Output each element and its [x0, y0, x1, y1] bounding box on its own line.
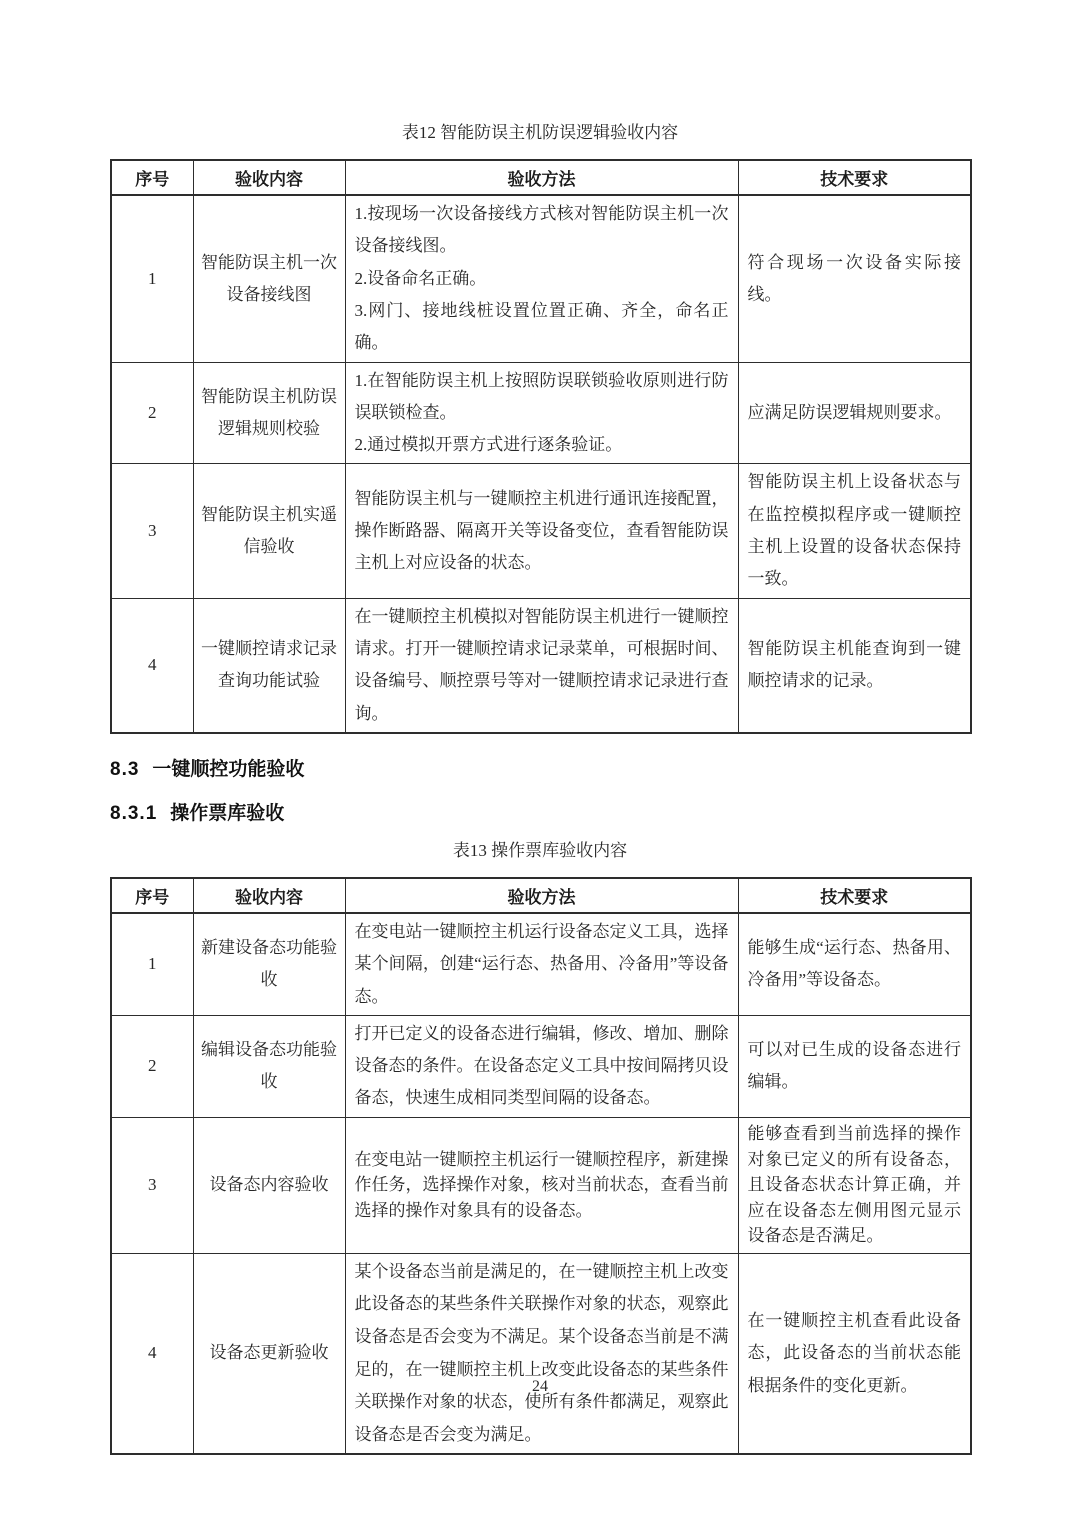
table13-acceptance-table: 序号验收内容验收方法技术要求1新建设备态功能验收在变电站一键顺控主机运行设备态定…	[110, 877, 972, 1456]
table-row: 4设备态更新验收某个设备态当前是满足的，在一键顺控主机上改变此设备态的某些条件关…	[111, 1253, 971, 1454]
technical-requirement-cell: 应满足防误逻辑规则要求。	[738, 362, 971, 464]
acceptance-content-cell: 新建设备态功能验收	[193, 913, 345, 1015]
row-number-cell: 2	[111, 1015, 193, 1117]
acceptance-content-cell: 设备态更新验收	[193, 1253, 345, 1454]
column-header: 技术要求	[738, 878, 971, 913]
row-number-cell: 3	[111, 1117, 193, 1253]
cell-text: 1	[117, 263, 188, 295]
table-row: 3智能防误主机实遥信验收智能防误主机与一键顺控主机进行通讯连接配置，操作断路器、…	[111, 464, 971, 598]
table-row: 2编辑设备态功能验收打开已定义的设备态进行编辑，修改、增加、删除设备态的条件。在…	[111, 1015, 971, 1117]
header-row: 序号验收内容验收方法技术要求	[111, 878, 971, 913]
cell-text: 在一键顺控主机模拟对智能防误主机进行一键顺控请求。打开一键顺控请求记录菜单，可根…	[355, 601, 729, 730]
row-number-cell: 2	[111, 362, 193, 464]
column-header: 验收方法	[345, 160, 738, 195]
table-row: 1新建设备态功能验收在变电站一键顺控主机运行设备态定义工具，选择某个间隔，创建“…	[111, 913, 971, 1015]
row-number-cell: 3	[111, 464, 193, 598]
cell-text: 设备态内容验收	[199, 1172, 340, 1198]
subsection-title: 操作票库验收	[170, 803, 284, 824]
column-header: 序号	[111, 160, 193, 195]
table13-caption: 表13 操作票库验收内容	[110, 840, 970, 862]
acceptance-method-cell: 智能防误主机与一键顺控主机进行通讯连接配置，操作断路器、隔离开关等设备变位，查看…	[345, 464, 738, 598]
cell-text: 设备态更新验收	[199, 1337, 340, 1370]
document-page: 表12 智能防误主机防误逻辑验收内容 序号验收内容验收方法技术要求1智能防误主机…	[0, 0, 1080, 1527]
acceptance-method-cell: 1.在智能防误主机上按照防误联锁验收原则进行防误联锁检查。2.通过模拟开票方式进…	[345, 362, 738, 464]
acceptance-method-cell: 1.按现场一次设备接线方式核对智能防误主机一次设备接线图。2.设备命名正确。3.…	[345, 195, 738, 362]
cell-text: 1.按现场一次设备接线方式核对智能防误主机一次设备接线图。	[355, 198, 729, 263]
technical-requirement-cell: 智能防误主机上设备状态与在监控模拟程序或一键顺控主机上设置的设备状态保持一致。	[738, 464, 971, 598]
row-number-cell: 1	[111, 195, 193, 362]
cell-text: 能够查看到当前选择的操作对象已定义的所有设备态，且设备态状态计算正确，并应在设备…	[748, 1121, 962, 1249]
table-row: 4一键顺控请求记录查询功能试验在一键顺控主机模拟对智能防误主机进行一键顺控请求。…	[111, 598, 971, 733]
header-row: 序号验收内容验收方法技术要求	[111, 160, 971, 195]
table-row: 2智能防误主机防误逻辑规则校验1.在智能防误主机上按照防误联锁验收原则进行防误联…	[111, 362, 971, 464]
technical-requirement-cell: 在一键顺控主机查看此设备态，此设备态的当前状态能根据条件的变化更新。	[738, 1253, 971, 1454]
cell-text: 智能防误主机防误逻辑规则校验	[199, 381, 340, 446]
acceptance-content-cell: 编辑设备态功能验收	[193, 1015, 345, 1117]
cell-text: 在变电站一键顺控主机运行设备态定义工具，选择某个间隔，创建“运行态、热备用、冷备…	[355, 916, 729, 1013]
acceptance-method-cell: 打开已定义的设备态进行编辑，修改、增加、删除设备态的条件。在设备态定义工具中按间…	[345, 1015, 738, 1117]
acceptance-method-cell: 在变电站一键顺控主机运行一键顺控程序，新建操作任务，选择操作对象，核对当前状态，…	[345, 1117, 738, 1253]
cell-text: 3	[117, 515, 188, 547]
table12-acceptance-table: 序号验收内容验收方法技术要求1智能防误主机一次设备接线图1.按现场一次设备接线方…	[110, 159, 972, 734]
acceptance-method-cell: 在变电站一键顺控主机运行设备态定义工具，选择某个间隔，创建“运行态、热备用、冷备…	[345, 913, 738, 1015]
page-content: 表12 智能防误主机防误逻辑验收内容 序号验收内容验收方法技术要求1智能防误主机…	[0, 0, 970, 1455]
cell-text: 新建设备态功能验收	[199, 932, 340, 997]
technical-requirement-cell: 可以对已生成的设备态进行编辑。	[738, 1015, 971, 1117]
acceptance-content-cell: 智能防误主机一次设备接线图	[193, 195, 345, 362]
cell-text: 2.设备命名正确。	[355, 263, 729, 295]
cell-text: 3	[117, 1172, 188, 1198]
cell-text: 4	[117, 1337, 188, 1370]
cell-text: 2	[117, 1050, 188, 1082]
cell-text: 智能防误主机与一键顺控主机进行通讯连接配置，操作断路器、隔离开关等设备变位，查看…	[355, 483, 729, 580]
table-row: 3设备态内容验收在变电站一键顺控主机运行一键顺控程序，新建操作任务，选择操作对象…	[111, 1117, 971, 1253]
cell-text: 一键顺控请求记录查询功能试验	[199, 633, 340, 698]
acceptance-method-cell: 某个设备态当前是满足的，在一键顺控主机上改变此设备态的某些条件关联操作对象的状态…	[345, 1253, 738, 1454]
column-header: 验收方法	[345, 878, 738, 913]
cell-text: 1.在智能防误主机上按照防误联锁验收原则进行防误联锁检查。	[355, 365, 729, 430]
technical-requirement-cell: 能够查看到当前选择的操作对象已定义的所有设备态，且设备态状态计算正确，并应在设备…	[738, 1117, 971, 1253]
row-number-cell: 4	[111, 598, 193, 733]
cell-text: 3.网门、接地线桩设置位置正确、齐全，命名正确。	[355, 295, 729, 360]
section-title: 一键顺控功能验收	[152, 759, 304, 780]
cell-text: 2.通过模拟开票方式进行逐条验证。	[355, 429, 729, 461]
cell-text: 1	[117, 948, 188, 980]
acceptance-content-cell: 设备态内容验收	[193, 1117, 345, 1253]
cell-text: 应满足防误逻辑规则要求。	[748, 397, 962, 429]
cell-text: 打开已定义的设备态进行编辑，修改、增加、删除设备态的条件。在设备态定义工具中按间…	[355, 1018, 729, 1115]
section-number: 8.3	[110, 759, 139, 780]
column-header: 技术要求	[738, 160, 971, 195]
technical-requirement-cell: 符合现场一次设备实际接线。	[738, 195, 971, 362]
cell-text: 4	[117, 649, 188, 681]
cell-text: 在变电站一键顺控主机运行一键顺控程序，新建操作任务，选择操作对象，核对当前状态，…	[355, 1147, 729, 1224]
cell-text: 能够生成“运行态、热备用、冷备用”等设备态。	[748, 932, 962, 997]
section-heading-8-3: 8.3一键顺控功能验收	[110, 734, 970, 781]
cell-text: 可以对已生成的设备态进行编辑。	[748, 1034, 962, 1099]
subsection-heading-8-3-1: 8.3.1操作票库验收	[110, 781, 970, 825]
cell-text: 编辑设备态功能验收	[199, 1034, 340, 1099]
page-number: 24	[0, 1378, 1080, 1396]
column-header: 验收内容	[193, 160, 345, 195]
cell-text: 符合现场一次设备实际接线。	[748, 247, 962, 312]
acceptance-content-cell: 智能防误主机实遥信验收	[193, 464, 345, 598]
cell-text: 智能防误主机实遥信验收	[199, 499, 340, 564]
row-number-cell: 4	[111, 1253, 193, 1454]
acceptance-content-cell: 智能防误主机防误逻辑规则校验	[193, 362, 345, 464]
table12-caption: 表12 智能防误主机防误逻辑验收内容	[110, 122, 970, 144]
cell-text: 某个设备态当前是满足的，在一键顺控主机上改变此设备态的某些条件关联操作对象的状态…	[355, 1256, 729, 1452]
cell-text: 2	[117, 397, 188, 429]
subsection-number: 8.3.1	[110, 803, 157, 824]
cell-text: 智能防误主机能查询到一键顺控请求的记录。	[748, 633, 962, 698]
table-row: 1智能防误主机一次设备接线图1.按现场一次设备接线方式核对智能防误主机一次设备接…	[111, 195, 971, 362]
acceptance-content-cell: 一键顺控请求记录查询功能试验	[193, 598, 345, 733]
column-header: 验收内容	[193, 878, 345, 913]
column-header: 序号	[111, 878, 193, 913]
technical-requirement-cell: 能够生成“运行态、热备用、冷备用”等设备态。	[738, 913, 971, 1015]
cell-text: 智能防误主机上设备状态与在监控模拟程序或一键顺控主机上设置的设备状态保持一致。	[748, 466, 962, 595]
row-number-cell: 1	[111, 913, 193, 1015]
cell-text: 智能防误主机一次设备接线图	[199, 247, 340, 312]
technical-requirement-cell: 智能防误主机能查询到一键顺控请求的记录。	[738, 598, 971, 733]
acceptance-method-cell: 在一键顺控主机模拟对智能防误主机进行一键顺控请求。打开一键顺控请求记录菜单，可根…	[345, 598, 738, 733]
